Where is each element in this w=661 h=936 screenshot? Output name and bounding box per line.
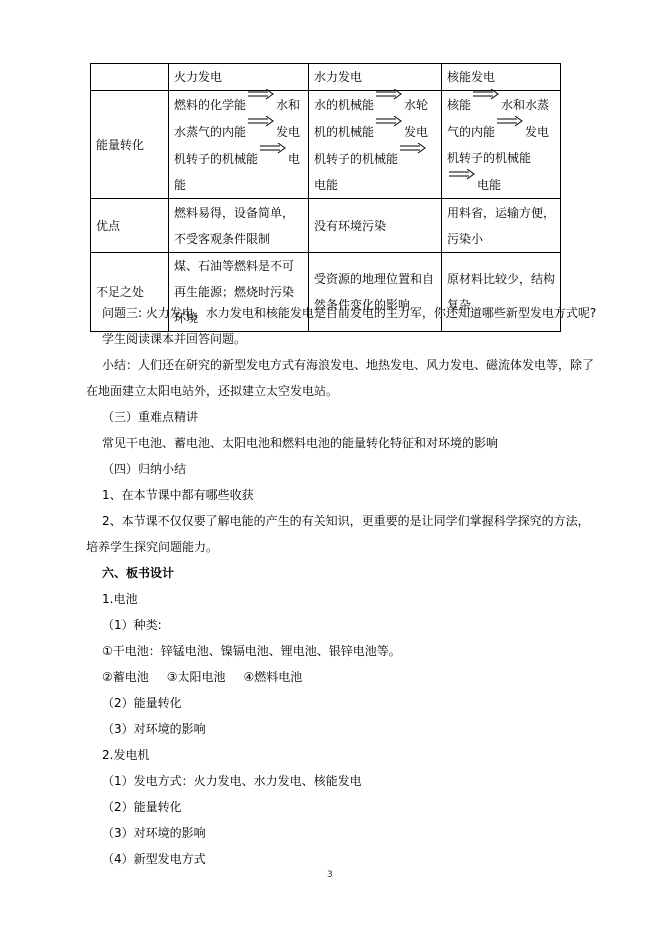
board-design-heading: 六、板书设计 xyxy=(102,565,174,581)
cell-thermal-conversion: 燃料的化学能水和水蒸气的内能发电机转子的机械能电能 xyxy=(169,91,309,199)
cell-nuclear-conversion: 核能水和水蒸气的内能发电机转子的机械能电能 xyxy=(442,91,561,199)
arrow-icon xyxy=(400,145,426,159)
arrow-icon xyxy=(260,145,286,159)
question-three: 问题三: 火力发电、水力发电和核能发电是目前发电的主力军，你还知道哪些新型发电方… xyxy=(102,305,596,321)
generator-title: 2.发电机 xyxy=(102,747,149,763)
battery-dry-cells: ①干电池：锌锰电池、镍镉电池、锂电池、银锌电池等。 xyxy=(102,643,401,659)
battery-title: 1.电池 xyxy=(102,591,137,607)
section-three-title: （三）重难点精讲 xyxy=(102,409,198,425)
generator-modes: （1）发电方式：火力发电、水力发电、核能发电 xyxy=(102,773,362,789)
battery-environment-impact: （3）对环境的影响 xyxy=(102,721,206,737)
table-row-advantages: 优点 燃料易得，设备简单，不受客观条件限制 没有环境污染 用料省，运输方便，污染… xyxy=(91,199,561,253)
summary-paragraph-line2: 在地面建立太阳电站外，还拟建立太空发电站。 xyxy=(86,383,338,399)
cell-hydro-conversion: 水的机械能水轮机的机械能发电机转子的机械能电能 xyxy=(309,91,442,199)
document-page: 火力发电 水力发电 核能发电 能量转化 燃料的化学能水和水蒸气的内能发电机转子的… xyxy=(0,0,661,936)
battery-energy-conversion: （2）能量转化 xyxy=(102,695,182,711)
power-generation-comparison-table: 火力发电 水力发电 核能发电 能量转化 燃料的化学能水和水蒸气的内能发电机转子的… xyxy=(90,63,561,332)
table-header-row: 火力发电 水力发电 核能发电 xyxy=(91,64,561,91)
row-label: 优点 xyxy=(91,199,169,253)
generator-environment-impact: （3）对环境的影响 xyxy=(102,825,206,841)
student-read-text: 学生阅读课本并回答问题。 xyxy=(102,331,246,347)
arrow-icon xyxy=(376,118,402,132)
page-number: 3 xyxy=(327,870,333,880)
generator-new-modes: （4）新型发电方式 xyxy=(102,851,206,867)
generator-energy-conversion: （2）能量转化 xyxy=(102,799,182,815)
table-header-hydro: 水力发电 xyxy=(309,64,442,91)
cell-hydro-advantages: 没有环境污染 xyxy=(309,199,442,253)
cell-thermal-advantages: 燃料易得，设备简单，不受客观条件限制 xyxy=(169,199,309,253)
arrow-icon xyxy=(248,91,274,105)
section-three-text: 常见干电池、蓄电池、太阳电池和燃料电池的能量转化特征和对环境的影响 xyxy=(102,435,498,451)
table-row-energy-conversion: 能量转化 燃料的化学能水和水蒸气的内能发电机转子的机械能电能 水的机械能水轮机的… xyxy=(91,91,561,199)
summary-paragraph-line1: 小结：人们还在研究的新型发电方式有海浪发电、地热发电、风力发电、磁流体发电等，除… xyxy=(102,357,594,373)
section-four-title: （四）归纳小结 xyxy=(102,461,186,477)
arrow-icon xyxy=(497,118,523,132)
section-four-item1: 1、在本节课中都有哪些收获 xyxy=(102,487,254,503)
cell-nuclear-advantages: 用料省，运输方便，污染小 xyxy=(442,199,561,253)
battery-types: （1）种类: xyxy=(102,617,162,633)
arrow-icon xyxy=(473,91,499,105)
table-header-nuclear: 核能发电 xyxy=(442,64,561,91)
arrow-icon xyxy=(449,171,475,185)
battery-other-types: ②蓄电池③太阳电池④燃料电池 xyxy=(102,669,302,685)
arrow-icon xyxy=(248,118,274,132)
table-header-empty xyxy=(91,64,169,91)
section-four-item2-line1: 2、本节课不仅仅要了解电能的产生的有关知识，更重要的是让同学们掌握科学探究的方法… xyxy=(102,513,590,529)
table-header-thermal: 火力发电 xyxy=(169,64,309,91)
arrow-icon xyxy=(376,91,402,105)
section-four-item2-line2: 培养学生探究问题能力。 xyxy=(86,539,218,555)
row-label: 能量转化 xyxy=(91,91,169,199)
